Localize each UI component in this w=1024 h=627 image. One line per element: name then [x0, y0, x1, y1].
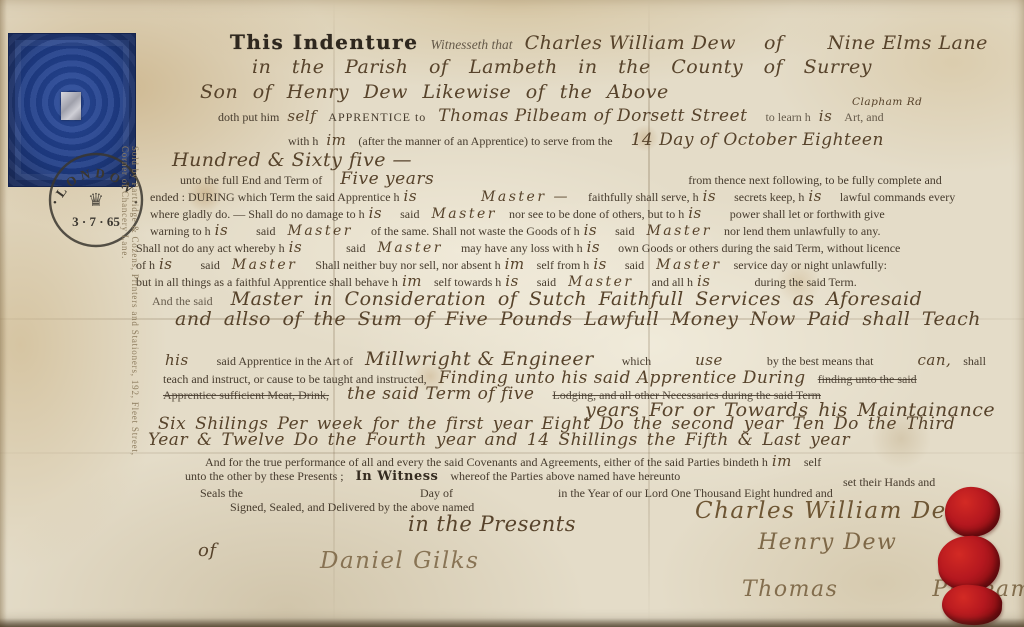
printed-clause: shall	[963, 354, 986, 368]
master-signature-first: Thomas	[742, 577, 838, 602]
apprentice-signature: Charles William Dew	[695, 498, 968, 524]
term-entry: Five years	[340, 169, 434, 189]
printed-clause: secrets keep, h	[734, 190, 804, 204]
indenture-heading: This Indenture	[230, 30, 418, 54]
printed-clause: nor see to be done of others, but to h	[509, 207, 684, 221]
printed-clause: unto the other by these Presents ;	[185, 469, 344, 483]
master-entry: Master	[646, 223, 711, 239]
printed-clause: nor lend them unlawfully to any.	[724, 224, 881, 238]
printed-clause: said	[256, 224, 275, 238]
printed-clause: power shall let or forthwith give	[730, 207, 885, 221]
printed-clause: to learn h	[765, 110, 810, 124]
printed-clause: And the said	[152, 294, 213, 308]
printed-clause: of h	[136, 258, 155, 272]
printed-clause: service day or night unlawfully:	[734, 258, 887, 272]
printed-clause: said	[537, 275, 556, 289]
printed-clause: said Apprentice in the Art of	[217, 354, 353, 368]
self-entry: self	[287, 107, 316, 125]
master-entry: Master	[377, 240, 442, 256]
stamp-dot-left: •	[53, 197, 57, 209]
his-entry: is	[369, 204, 383, 222]
his-entry: is	[404, 187, 418, 205]
use-entry: use	[695, 351, 723, 369]
him-entry: im	[505, 255, 525, 273]
printed-clause: Shall not do any act whereby h	[136, 241, 285, 255]
printed-clause: lawful commands every	[840, 190, 955, 204]
of-entry: of	[198, 540, 217, 561]
printed-clause: Shall neither buy nor sell, nor absent h	[315, 258, 500, 272]
printed-clause: own Goods or others during the said Term…	[618, 241, 900, 255]
witnesseth-label: Witnesseth that	[430, 37, 512, 52]
term-of-five-entry: the said Term of five	[347, 384, 534, 404]
master-entry: Master	[431, 206, 496, 222]
printed-clause: self	[804, 455, 821, 469]
master-entry: Master	[232, 257, 297, 273]
printed-clause: said	[400, 207, 419, 221]
his-entry: is	[819, 107, 833, 125]
printed-clause: said	[201, 258, 220, 272]
printed-clause: said	[346, 241, 365, 255]
printed-clause: doth put him	[218, 110, 279, 124]
london-stamp-date: 3 · 7 · 65	[72, 214, 120, 229]
printed-clause: from thence next following, to be fully …	[688, 173, 942, 187]
his-entry: is	[215, 221, 229, 239]
printed-clause: but in all things as a faithful Apprenti…	[136, 275, 398, 289]
father-signature: Henry Dew	[758, 530, 897, 555]
his-entry: is	[289, 238, 303, 256]
his-entry: is	[159, 255, 173, 273]
wages-entry-line2: Year & Twelve Do the Fourth year and 14 …	[148, 430, 850, 450]
witness-signature: Daniel Gilks	[320, 548, 479, 574]
printed-clause: ended : DURING which Term the said Appre…	[150, 190, 400, 204]
printed-clause: during the said Term.	[754, 275, 856, 289]
of-word: of	[764, 32, 783, 54]
printed-clause: and all h	[652, 275, 693, 289]
trade-entry: Millwright & Engineer	[365, 348, 594, 370]
in-presents-entry: in the Presents	[408, 512, 576, 536]
printed-clause: where gladly do. — Shall do no damage to…	[150, 207, 365, 221]
master-entry: Master —	[481, 189, 570, 205]
his-entry: is	[584, 221, 598, 239]
parish-county-entry: in the Parish of Lambeth in the County o…	[252, 56, 872, 78]
premium-entry: and allso of the Sum of Five Pounds Lawf…	[175, 308, 981, 330]
start-date-entry: 14 Day of October Eighteen	[631, 130, 884, 150]
his-entry: his	[165, 351, 189, 369]
printed-clause: of the same. Shall not waste the Goods o…	[371, 224, 580, 238]
his-entry: is	[703, 187, 717, 205]
apprentice-to-label: APPRENTICE to	[328, 110, 426, 124]
him-entry: im	[772, 452, 792, 470]
printed-clause: unto the full End and Term of	[180, 173, 322, 187]
master-entry: Master	[656, 257, 721, 273]
embossed-foil-square	[61, 92, 81, 120]
printed-clause: set their Hands and	[843, 475, 935, 489]
printed-clause: warning to h	[150, 224, 211, 238]
printed-clause: said	[625, 258, 644, 272]
printed-clause: faithfully shall serve, h	[588, 190, 699, 204]
master-name-entry: Thomas Pilbeam of Dorsett Street	[438, 106, 747, 126]
stationer-imprint: Sold by Partridge & Cozens, Printers and…	[120, 146, 140, 482]
printed-clause: may have any loss with h	[461, 241, 583, 255]
printed-clause: whereof the Parties above named have her…	[450, 469, 680, 483]
father-entry: Son of Henry Dew Likewise of the Above	[200, 81, 669, 103]
year-continued-entry: Hundred & Sixty five —	[172, 149, 412, 171]
consideration-entry: Master in Consideration of Sutch Faithfu…	[231, 288, 923, 310]
struck-printed-clause: finding unto the said	[818, 372, 917, 386]
crown-icon: ♛	[88, 190, 104, 210]
printed-clause: by the best means that	[767, 354, 874, 368]
printed-clause: Art, and	[844, 110, 883, 124]
printed-clause: with h	[288, 134, 318, 148]
clapham-rd-insertion: Clapham Rd	[852, 96, 922, 108]
his-entry: is	[587, 238, 601, 256]
printed-clause: self towards h	[434, 275, 501, 289]
printed-clause: (after the manner of an Apprentice) to s…	[358, 134, 612, 148]
his-entry: is	[593, 255, 607, 273]
master-entry: Master	[288, 223, 353, 239]
apprentice-name-entry: Charles William Dew	[525, 32, 736, 54]
in-witness-label: In Witness	[356, 469, 439, 484]
indenture-document: LONDON • • ♛ 3 · 7 · 65 Sold by Partridg…	[0, 0, 1024, 627]
him-entry: im	[326, 131, 346, 149]
printed-clause: which	[622, 354, 651, 368]
his-entry: is	[688, 204, 702, 222]
his-entry: is	[808, 187, 822, 205]
struck-printed-clause: Apprentice sufficient Meat, Drink,	[163, 388, 329, 402]
can-entry: can,	[917, 351, 951, 369]
wax-seal-apprentice	[943, 484, 1003, 539]
residence-entry: Nine Elms Lane	[827, 32, 987, 54]
printed-clause: said	[615, 224, 634, 238]
printed-clause: self from h	[537, 258, 590, 272]
